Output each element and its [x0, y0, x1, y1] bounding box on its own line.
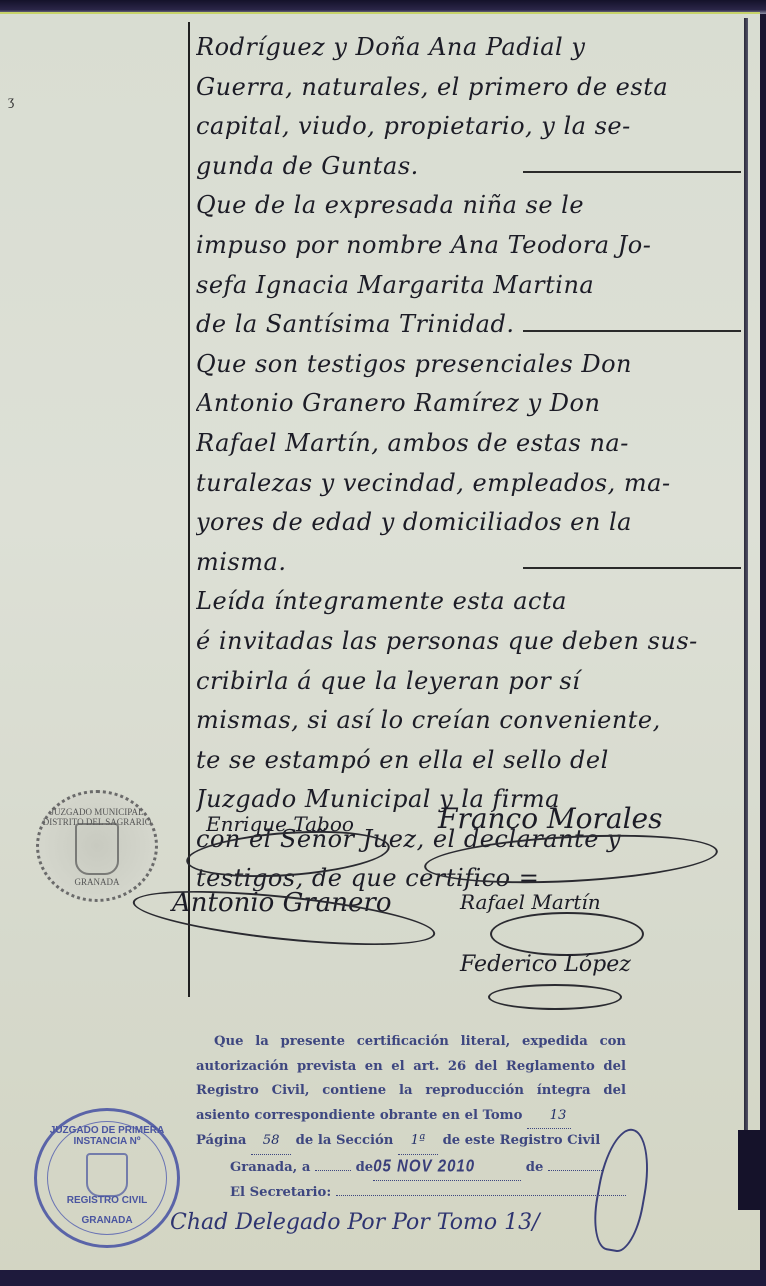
- signature-federico: Federico López: [460, 952, 631, 977]
- handwritten-line: impuso por nombre Ana Teodora Jo-: [196, 226, 741, 266]
- secretary-signature-line: [336, 1195, 626, 1196]
- signature-rafael: Rafael Martín: [460, 890, 601, 914]
- handwritten-line: yores de edad y domiciliados en la: [196, 503, 741, 543]
- signature-flourish: [490, 912, 644, 956]
- de-label: de: [526, 1160, 544, 1175]
- coat-of-arms-icon: [86, 1153, 128, 1197]
- seccion-value: 1ª: [398, 1129, 438, 1155]
- coat-of-arms-icon: [75, 823, 119, 875]
- right-border-rule: [744, 18, 748, 1208]
- handwritten-line: Que son testigos presenciales Don: [196, 345, 741, 385]
- place-label: Granada, a: [230, 1160, 310, 1175]
- pagina-label: Página: [196, 1133, 246, 1148]
- signature-flourish: [488, 984, 622, 1010]
- bottom-edge-shadow: [0, 1270, 766, 1286]
- handwritten-line: gunda de Guntas.: [196, 147, 741, 187]
- seccion-suffix: de este Registro Civil: [443, 1133, 601, 1148]
- handwritten-line: Antonio Granero Ramírez y Don: [196, 384, 741, 424]
- handwritten-line: mismas, si así lo creían conveniente,: [196, 701, 741, 741]
- handwritten-line: Rodríguez y Doña Ana Padial y: [196, 28, 741, 68]
- handwritten-line: é invitadas las personas que deben sus-: [196, 622, 741, 662]
- secretary-signature: Chad Delegado Por Por Tomo 13/: [170, 1210, 539, 1235]
- handwritten-line: misma.: [196, 543, 741, 583]
- right-edge-shadow: [738, 1130, 766, 1210]
- year-blank: [548, 1170, 604, 1171]
- handwritten-line: Guerra, naturales, el primero de esta: [196, 68, 741, 108]
- seal-top-text: JUZGADO DE PRIMERA INSTANCIA Nº: [37, 1125, 177, 1147]
- pagina-value: 58: [251, 1129, 291, 1155]
- de-label: de: [356, 1160, 374, 1175]
- certification-block: Que la presente certificación literal, e…: [196, 1030, 626, 1206]
- handwritten-entry: Rodríguez y Doña Ana Padial yGuerra, nat…: [196, 28, 741, 899]
- signature-morales: Franco Morales: [438, 802, 662, 835]
- date-stamp: 05 NOV 2010: [373, 1153, 475, 1181]
- day-blank: [315, 1170, 351, 1171]
- seccion-label: de la Sección: [296, 1133, 394, 1148]
- seal-bottom-text: GRANADA: [37, 1215, 177, 1226]
- secretary-label: El Secretario:: [230, 1185, 331, 1200]
- handwritten-line: Rafael Martín, ambos de estas na-: [196, 424, 741, 464]
- handwritten-line: sefa Ignacia Margarita Martina: [196, 266, 741, 306]
- handwritten-line: cribirla á que la leyeran por sí: [196, 662, 741, 702]
- tomo-value: 13: [527, 1104, 571, 1130]
- handwritten-line: capital, viudo, propietario, y la se-: [196, 107, 741, 147]
- margin-line: [188, 22, 190, 997]
- stray-mark: ʒ: [8, 94, 14, 110]
- registry-seal: JUZGADO DE PRIMERA INSTANCIA Nº REGISTRO…: [34, 1108, 180, 1248]
- municipal-seal: JUZGADO MUNICIPAL DISTRITO DEL SAGRARIO …: [36, 790, 158, 902]
- seal-middle-text: REGISTRO CIVIL: [37, 1195, 177, 1206]
- seal-bottom-text: GRANADA: [39, 877, 155, 887]
- handwritten-line: de la Santísima Trinidad.: [196, 305, 741, 345]
- handwritten-line: Leída íntegramente esta acta: [196, 582, 741, 622]
- handwritten-line: turalezas y vecindad, empleados, ma-: [196, 464, 741, 504]
- handwritten-line: te se estampó en ella el sello del: [196, 741, 741, 781]
- handwritten-line: Que de la expresada niña se le: [196, 186, 741, 226]
